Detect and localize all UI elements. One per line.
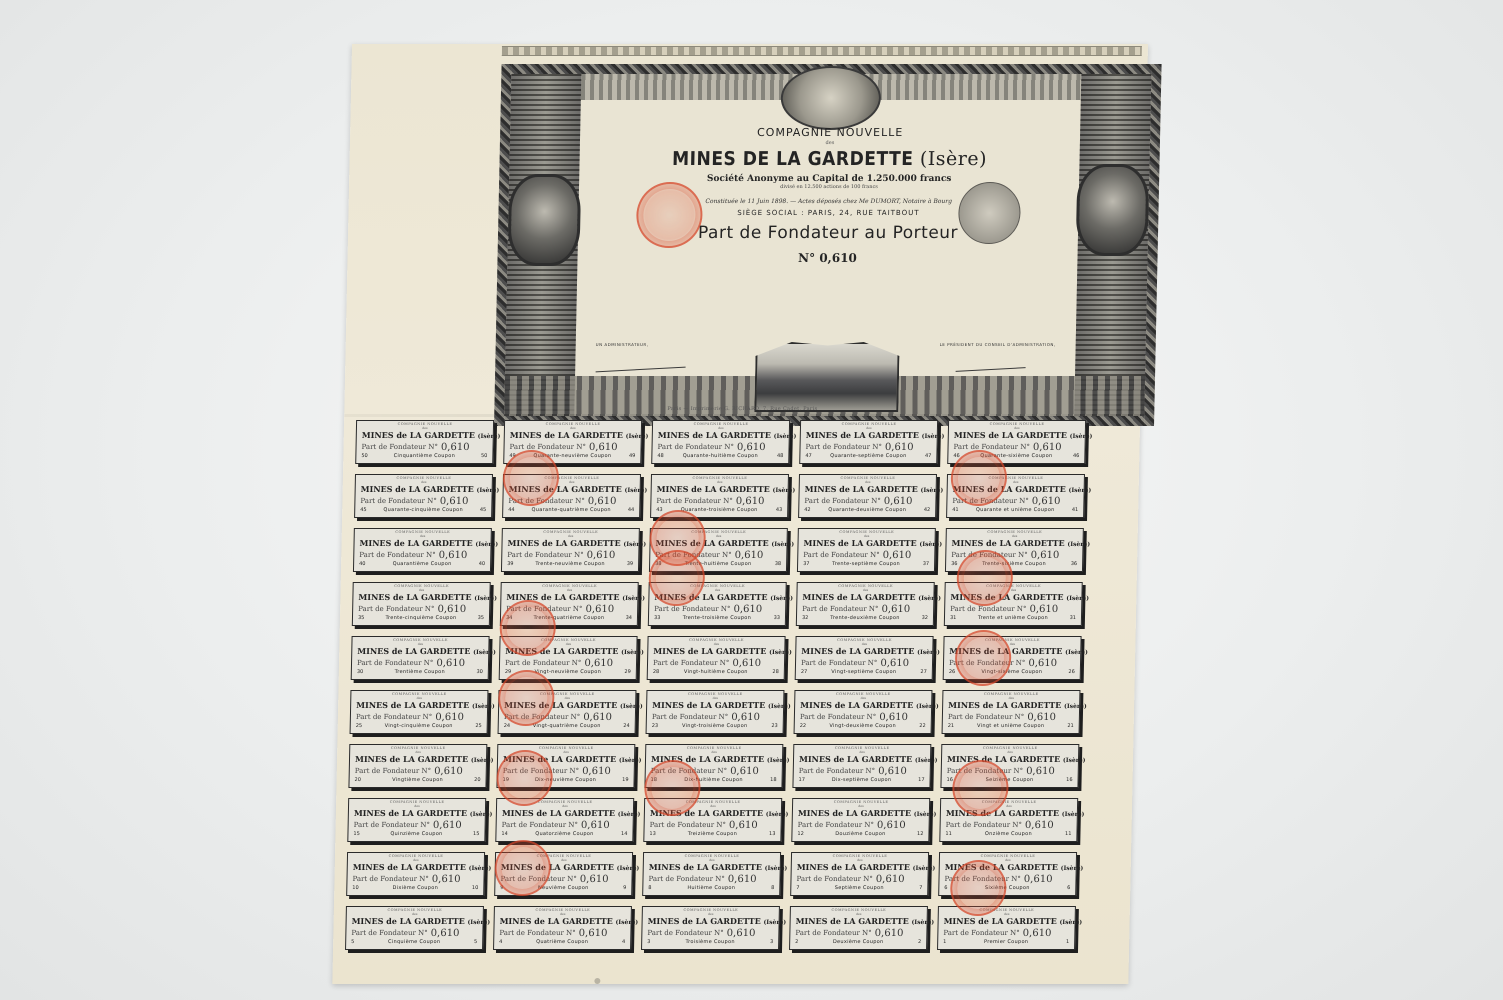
coupon-company-name: MINES de LA GARDETTE (Isère) [510, 430, 636, 442]
coupon-number-left: 2 [795, 939, 798, 946]
coupon-region: (Isère) [470, 811, 493, 818]
mining-vignette-left [507, 174, 581, 266]
coupon-part-line: Part de Fondateur N° 0,610 [354, 820, 480, 831]
coupon-part-line: Part de Fondateur N° 0,610 [648, 874, 774, 885]
coupon-share-number: 0,610 [587, 550, 616, 561]
company-prefix: COMPAGNIE NOUVELLE [590, 126, 1070, 139]
coupon-number-right: 10 [472, 885, 479, 892]
coupon-number-left: 31 [950, 615, 957, 622]
actions-line: divisé en 12.500 actions de 100 francs [589, 184, 1069, 190]
coupon-number-left: 47 [805, 453, 812, 460]
coupon-number-left: 42 [804, 507, 811, 514]
dividend-coupon[interactable]: COMPAGNIE NOUVELLE des MINES de LA GARDE… [353, 528, 492, 572]
coupon-number-left: 17 [798, 777, 805, 784]
coupon-footer: 35 Trente-cinquième Coupon 35 [358, 615, 484, 622]
coupon-company-name-text: MINES de LA GARDETTE [805, 484, 918, 494]
coupon-company-name-text: MINES de LA GARDETTE [796, 916, 909, 926]
coupon-company-name-text: MINES de LA GARDETTE [951, 538, 1064, 548]
dividend-coupon[interactable]: COMPAGNIE NOUVELLE des MINES de LA GARDE… [346, 852, 485, 896]
des-word: des [590, 140, 1070, 146]
coupon-number-right: 4 [622, 939, 625, 946]
coupon-share-number: 0,610 [584, 658, 613, 669]
coupon-part-line: Part de Fondateur N° 0,610 [507, 550, 633, 561]
coupon-region: (Isère) [769, 649, 792, 656]
coupon-number-right: 27 [920, 669, 927, 676]
coupon-share-number: 0,610 [732, 658, 761, 669]
coupon-company-name-text: MINES de LA GARDETTE [798, 808, 911, 818]
coupon-number-left: 6 [944, 885, 947, 892]
coupon-number-right: 14 [621, 831, 628, 838]
coupon-company-name-text: MINES de LA GARDETTE [507, 538, 620, 548]
coupon-share-number: 0,610 [439, 550, 468, 561]
coupon-number-right: 39 [627, 561, 634, 568]
coupon-part-line: Part de Fondateur N° 0,610 [657, 442, 783, 453]
coupon-number-right: 50 [481, 453, 488, 460]
coupon-footer: 2 Deuxième Coupon 2 [795, 939, 921, 946]
coupon-footer: 32 Trente-deuxième Coupon 32 [802, 615, 928, 622]
coupon-part-label: Part de Fondateur N° [359, 550, 436, 561]
coupon-part-label: Part de Fondateur N° [805, 442, 882, 453]
coupon-number-left: 36 [951, 561, 958, 568]
coupon-number-left: 3 [647, 939, 650, 946]
coupon-company-name: MINES de LA GARDETTE (Isère) [652, 700, 778, 712]
coupon-number-left: 24 [504, 723, 511, 730]
coupon-number-right: 23 [771, 723, 778, 730]
coupon-number-right: 30 [476, 669, 483, 676]
printer-imprint: Paris — Imprimerie G. RICHARD, 7, Rue Ca… [344, 406, 1140, 412]
coupon-part-line: Part de Fondateur N° 0,610 [799, 766, 925, 777]
dividend-coupon[interactable]: COMPAGNIE NOUVELLE des MINES de LA GARDE… [355, 420, 494, 464]
dividend-coupon[interactable]: COMPAGNIE NOUVELLE des MINES de LA GARDE… [345, 906, 484, 950]
coupon-company-name: MINES de LA GARDETTE (Isère) [802, 592, 928, 604]
coupon-company-name: MINES de LA GARDETTE (Isère) [657, 484, 783, 496]
coupon-part-label: Part de Fondateur N° [946, 820, 1023, 831]
coupon-number-right: 44 [628, 507, 635, 514]
coupon-share-number: 0,610 [727, 928, 756, 939]
coupon-company-name: MINES de LA GARDETTE (Isère) [507, 538, 633, 550]
dividend-coupon[interactable]: COMPAGNIE NOUVELLE des MINES de LA GARDE… [789, 906, 928, 950]
coupon-footer: 17 Dix-septième Coupon 17 [798, 777, 924, 784]
coupon-label: Vingtième Coupon [392, 777, 443, 784]
coupon-company-name: MINES de LA GARDETTE (Isère) [797, 862, 923, 874]
coupon-footer: 8 Huitième Coupon 8 [648, 885, 774, 892]
dividend-coupon[interactable]: COMPAGNIE NOUVELLE des MINES de LA GARDE… [799, 420, 938, 464]
coupon-part-label: Part de Fondateur N° [803, 550, 880, 561]
coupon-share-number: 0,610 [876, 874, 905, 885]
coupon-part-line: Part de Fondateur N° 0,610 [361, 442, 487, 453]
coupon-company-name-text: MINES de LA GARDETTE [652, 700, 765, 710]
coupon-footer: 23 Vingt-troisième Coupon 23 [652, 723, 778, 730]
coupon-share-number: 0,610 [434, 766, 463, 777]
coupon-footer: 1 Premier Coupon 1 [943, 939, 1069, 946]
coupon-company-name-text: MINES de LA GARDETTE [500, 916, 613, 926]
coupon-region: (Isère) [768, 703, 791, 710]
coupon-footer: 22 Vingt-deuxième Coupon 22 [800, 723, 926, 730]
coupon-part-label: Part de Fondateur N° [800, 712, 877, 723]
coupon-company-name: MINES de LA GARDETTE (Isère) [351, 916, 477, 928]
coupon-number-left: 48 [657, 453, 664, 460]
dividend-coupon[interactable]: COMPAGNIE NOUVELLE des MINES de LA GARDE… [354, 474, 493, 518]
coupon-company-name-text: MINES de LA GARDETTE [510, 430, 623, 440]
coupon-company-name-text: MINES de LA GARDETTE [800, 700, 913, 710]
coupon-company-name-text: MINES de LA GARDETTE [944, 916, 1057, 926]
coupon-company-name-text: MINES de LA GARDETTE [948, 700, 1061, 710]
dividend-coupon[interactable]: COMPAGNIE NOUVELLE des MINES de LA GARDE… [493, 906, 632, 950]
coupon-region: (Isère) [919, 541, 942, 548]
coupon-region: (Isère) [917, 649, 940, 656]
coupon-part-line: Part de Fondateur N° 0,610 [502, 820, 628, 831]
dividend-coupon[interactable]: COMPAGNIE NOUVELLE des MINES de LA GARDE… [647, 636, 786, 680]
coupon-part-line: Part de Fondateur N° 0,610 [357, 658, 483, 669]
coupon-region: (Isère) [772, 487, 795, 494]
coupon-number-right: 26 [1068, 669, 1075, 676]
coupon-footer: 47 Quarante-septième Coupon 47 [805, 453, 931, 460]
coupon-region: (Isère) [620, 703, 643, 710]
coupon-footer: 13 Treizième Coupon 13 [649, 831, 775, 838]
coupon-footer: 12 Douzième Coupon 12 [797, 831, 923, 838]
coupon-company-name: MINES de LA GARDETTE (Isère) [353, 862, 479, 874]
share-type-title: Part de Fondateur au Porteur [588, 223, 1068, 243]
coupon-number-right: 48 [777, 453, 784, 460]
coupon-footer: 5 Cinquième Coupon 5 [351, 939, 477, 946]
coupon-part-label: Part de Fondateur N° [361, 442, 438, 453]
coupon-label: Douzième Coupon [835, 831, 885, 838]
coupon-label: Quatorzième Coupon [535, 831, 594, 838]
coupon-share-number: 0,610 [588, 496, 617, 507]
coupon-company-name: MINES de LA GARDETTE (Isère) [658, 430, 784, 442]
coupon-footer: 28 Vingt-huitième Coupon 28 [653, 669, 779, 676]
coupon-footer: 39 Trente-neuvième Coupon 39 [507, 561, 633, 568]
coupon-label: Neuvième Coupon [538, 885, 589, 892]
coupon-part-label: Part de Fondateur N° [657, 442, 734, 453]
coupon-share-number: 0,610 [883, 550, 912, 561]
coupon-part-label: Part de Fondateur N° [507, 550, 584, 561]
mining-vignette-right [1076, 164, 1150, 256]
coupon-number-left: 20 [354, 777, 361, 784]
dividend-coupon[interactable]: COMPAGNIE NOUVELLE des MINES de LA GARDE… [351, 636, 490, 680]
company-name: MINES DE LA GARDETTE (Isère) [589, 148, 1069, 170]
coupon-region: (Isère) [467, 919, 490, 926]
coupon-part-label: Part de Fondateur N° [648, 874, 725, 885]
coupon-share-number: 0,610 [1028, 658, 1057, 669]
coupon-number-right: 7 [919, 885, 922, 892]
coupon-part-label: Part de Fondateur N° [502, 820, 579, 831]
coupon-region: (Isère) [618, 811, 641, 818]
coupon-label: Trente-cinquième Coupon [385, 615, 456, 622]
coupon-company-name: MINES de LA GARDETTE (Isère) [795, 916, 921, 928]
coupon-label: Troisième Coupon [685, 939, 734, 946]
coupon-footer: 30 Trentième Coupon 30 [357, 669, 483, 676]
coupon-company-name: MINES de LA GARDETTE (Isère) [943, 916, 1069, 928]
coupon-part-line: Part de Fondateur N° 0,610 [647, 928, 773, 939]
coupon-footer: 33 Trente-troisième Coupon 33 [654, 615, 780, 622]
coupon-share-number: 0,610 [733, 604, 762, 615]
registered-office: SIÈGE SOCIAL : PARIS, 24, RUE TAITBOUT [588, 209, 1068, 217]
signature-label-right: LE PRÉSIDENT DU CONSEIL D'ADMINISTRATION… [886, 342, 1056, 347]
coupon-share-number: 0,610 [441, 442, 470, 453]
coupon-region: (Isère) [619, 757, 642, 764]
coupon-footer: 20 Vingtième Coupon 20 [354, 777, 480, 784]
coupon-company-name-text: MINES de LA GARDETTE [657, 484, 770, 494]
coupon-company-name: MINES de LA GARDETTE (Isère) [649, 862, 775, 874]
ornate-frame: COMPAGNIE NOUVELLE des MINES DE LA GARDE… [494, 64, 1162, 426]
coupon-label: Trente et unième Coupon [978, 615, 1048, 622]
coupon-number-right: 16 [1066, 777, 1073, 784]
coupon-company-name-text: MINES de LA GARDETTE [803, 538, 916, 548]
signature-president: LE PRÉSIDENT DU CONSEIL D'ADMINISTRATION… [885, 342, 1056, 370]
coupon-part-label: Part de Fondateur N° [354, 820, 431, 831]
dividend-coupon[interactable]: COMPAGNIE NOUVELLE des MINES de LA GARDE… [797, 528, 936, 572]
coupon-number-left: 41 [952, 507, 959, 514]
coupon-number-left: 44 [508, 507, 515, 514]
coupon-part-label: Part de Fondateur N° [804, 496, 881, 507]
coupon-number-right: 1 [1066, 939, 1069, 946]
coupon-part-label: Part de Fondateur N° [499, 928, 576, 939]
coupon-part-label: Part de Fondateur N° [798, 820, 875, 831]
coupon-region: (Isère) [1068, 487, 1091, 494]
dividend-coupon[interactable]: COMPAGNIE NOUVELLE des MINES de LA GARDE… [795, 636, 934, 680]
coupon-footer: 44 Quarante-quatrième Coupon 44 [508, 507, 634, 514]
coupon-part-label: Part de Fondateur N° [948, 712, 1025, 723]
coupon-part-label: Part de Fondateur N° [352, 874, 429, 885]
dividend-coupon[interactable]: COMPAGNIE NOUVELLE des MINES de LA GARDE… [501, 528, 640, 572]
coupon-part-line: Part de Fondateur N° 0,610 [950, 604, 1076, 615]
coupon-part-line: Part de Fondateur N° 0,610 [358, 604, 484, 615]
coupon-company-name: MINES de LA GARDETTE (Isère) [502, 808, 628, 820]
dividend-coupon[interactable]: COMPAGNIE NOUVELLE des MINES de LA GARDE… [798, 474, 937, 518]
dividend-coupon[interactable]: COMPAGNIE NOUVELLE des MINES de LA GARDE… [350, 690, 489, 734]
coupon-region: (Isère) [615, 919, 638, 926]
coupon-label: Quarantième Coupon [393, 561, 452, 568]
coupon-region: (Isère) [1064, 703, 1087, 710]
coupon-footer: 4 Quatrième Coupon 4 [499, 939, 625, 946]
coupon-number-right: 38 [775, 561, 782, 568]
dividend-coupon[interactable]: COMPAGNIE NOUVELLE des MINES de LA GARDE… [792, 744, 931, 788]
dividend-coupon[interactable]: COMPAGNIE NOUVELLE des MINES de LA GARDE… [348, 744, 487, 788]
coupon-number-right: 15 [473, 831, 480, 838]
coupon-region: (Isère) [770, 595, 793, 602]
coupon-company-name-text: MINES de LA GARDETTE [801, 646, 914, 656]
coupon-part-line: Part de Fondateur N° 0,610 [650, 820, 776, 831]
coupon-share-number: 0,610 [735, 550, 764, 561]
dividend-coupon[interactable]: COMPAGNIE NOUVELLE des MINES de LA GARDE… [352, 582, 491, 626]
coupon-company-name: MINES de LA GARDETTE (Isère) [799, 754, 925, 766]
coupon-number-left: 13 [649, 831, 656, 838]
coupon-number-left: 39 [507, 561, 514, 568]
coupon-footer: 50 Cinquantième Coupon 50 [361, 453, 487, 460]
coupon-part-line: Part de Fondateur N° 0,610 [351, 928, 477, 939]
coupon-part-line: Part de Fondateur N° 0,610 [802, 604, 928, 615]
coupon-share-number: 0,610 [579, 928, 608, 939]
coupon-number-left: 11 [945, 831, 952, 838]
coupon-number-right: 31 [1070, 615, 1077, 622]
dividend-coupon[interactable]: COMPAGNIE NOUVELLE des MINES de LA GARDE… [651, 420, 790, 464]
coupon-part-line: Part de Fondateur N° 0,610 [352, 874, 478, 885]
coupon-company-name-text: MINES de LA GARDETTE [799, 754, 912, 764]
constitution-line: Constituée le 11 Juin 1898. — Actes dépo… [589, 198, 1069, 205]
coupon-share-number: 0,610 [736, 496, 765, 507]
coupon-company-name: MINES de LA GARDETTE (Isère) [948, 700, 1074, 712]
dividend-coupon[interactable]: COMPAGNIE NOUVELLE des MINES de LA GARDE… [790, 852, 929, 896]
coupon-label: Trente-troisième Coupon [683, 615, 751, 622]
coupon-share-number: 0,610 [1032, 496, 1061, 507]
coupon-part-line: Part de Fondateur N° 0,610 [946, 820, 1072, 831]
coupon-label: Vingt-neuvième Coupon [534, 669, 601, 676]
coupon-company-name: MINES de LA GARDETTE (Isère) [800, 700, 926, 712]
coupon-part-label: Part de Fondateur N° [943, 928, 1020, 939]
coupon-region: (Isère) [626, 433, 649, 440]
dividend-coupon[interactable]: COMPAGNIE NOUVELLE des MINES de LA GARDE… [642, 852, 781, 896]
coupon-footer: 25 Vingt-cinquième Coupon 25 [356, 723, 482, 730]
coupon-part-line: Part de Fondateur N° 0,610 [360, 496, 486, 507]
coupon-label: Cinquième Coupon [388, 939, 440, 946]
coupon-company-name-text: MINES de LA GARDETTE [802, 592, 915, 602]
coupon-label: Huitième Coupon [687, 885, 735, 892]
coupon-footer: 14 Quatorzième Coupon 14 [501, 831, 627, 838]
coupon-label: Septième Coupon [835, 885, 884, 892]
coupon-label: Vingt-troisième Coupon [682, 723, 748, 730]
coupon-part-line: Part de Fondateur N° 0,610 [796, 874, 922, 885]
coupon-share-number: 0,610 [880, 658, 909, 669]
coupon-label: Quarante et unième Coupon [976, 507, 1055, 514]
coupon-part-line: Part de Fondateur N° 0,610 [356, 712, 482, 723]
coupon-share-number: 0,610 [431, 928, 460, 939]
dividend-coupon[interactable]: COMPAGNIE NOUVELLE des MINES de LA GARDE… [796, 582, 935, 626]
coupon-region: (Isère) [1067, 541, 1090, 548]
coupon-share-number: 0,610 [879, 712, 908, 723]
coupon-part-label: Part de Fondateur N° [953, 442, 1030, 453]
coupon-region: (Isère) [1066, 595, 1089, 602]
coupon-part-label: Part de Fondateur N° [355, 766, 432, 777]
coupon-number-right: 33 [774, 615, 781, 622]
certificate-number: N° 0,610 [587, 251, 1067, 265]
coupon-label: Vingt et unième Coupon [977, 723, 1044, 730]
coupon-region: (Isère) [471, 757, 494, 764]
coupon-number-right: 28 [772, 669, 779, 676]
coupon-company-name: MINES de LA GARDETTE (Isère) [356, 700, 482, 712]
coupon-region: (Isère) [617, 865, 640, 872]
coupon-number-right: 47 [925, 453, 932, 460]
coupon-part-label: Part de Fondateur N° [656, 496, 733, 507]
coupon-number-left: 43 [656, 507, 663, 514]
coupon-part-label: Part de Fondateur N° [796, 874, 873, 885]
coupon-share-number: 0,610 [1027, 712, 1056, 723]
coupon-region: (Isère) [476, 487, 499, 494]
coupon-company-name: MINES de LA GARDETTE (Isère) [805, 484, 931, 496]
coupon-label: Quarante-huitième Coupon [683, 453, 758, 460]
coupon-part-line: Part de Fondateur N° 0,610 [948, 712, 1074, 723]
coupon-share-number: 0,610 [731, 712, 760, 723]
coupon-region: (Isère) [1065, 649, 1088, 656]
coupon-company-name-text: MINES de LA GARDETTE [354, 808, 467, 818]
coupon-number-right: 3 [770, 939, 773, 946]
coupon-number-right: 19 [622, 777, 629, 784]
coupon-region: (Isère) [915, 757, 938, 764]
dividend-coupon[interactable]: COMPAGNIE NOUVELLE des MINES de LA GARDE… [942, 690, 1081, 734]
coupon-part-line: Part de Fondateur N° 0,610 [801, 658, 927, 669]
coupon-number-left: 26 [949, 669, 956, 676]
coupon-share-number: 0,610 [1029, 604, 1058, 615]
coupon-label: Trente-neuvième Coupon [535, 561, 605, 568]
coupon-share-number: 0,610 [436, 658, 465, 669]
coupon-part-line: Part de Fondateur N° 0,610 [499, 928, 625, 939]
dividend-coupon[interactable]: COMPAGNIE NOUVELLE des MINES de LA GARDE… [646, 690, 785, 734]
coupon-footer: 48 Quarante-huitième Coupon 48 [657, 453, 783, 460]
dividend-coupon[interactable]: COMPAGNIE NOUVELLE des MINES de LA GARDE… [347, 798, 486, 842]
coupon-region: (Isère) [916, 703, 939, 710]
coupon-company-name: MINES de LA GARDETTE (Isère) [954, 430, 1080, 442]
dividend-coupon[interactable]: COMPAGNIE NOUVELLE des MINES de LA GARDE… [791, 798, 930, 842]
coupon-number-left: 8 [648, 885, 651, 892]
coupon-company-name: MINES de LA GARDETTE (Isère) [499, 916, 625, 928]
coupon-share-number: 0,610 [877, 820, 906, 831]
coupon-number-right: 43 [776, 507, 783, 514]
coupon-region: (Isère) [478, 433, 501, 440]
coupon-company-name-text: MINES de LA GARDETTE [356, 700, 469, 710]
coupon-number-right: 24 [623, 723, 630, 730]
coupon-share-number: 0,610 [1023, 928, 1052, 939]
coupon-number-left: 14 [501, 831, 508, 838]
coupon-label: Vingt-huitième Coupon [684, 669, 748, 676]
coupon-number-right: 35 [478, 615, 485, 622]
coupon-number-right: 2 [918, 939, 921, 946]
coupon-number-right: 49 [629, 453, 636, 460]
dividend-coupon[interactable]: COMPAGNIE NOUVELLE des MINES de LA GARDE… [641, 906, 780, 950]
coupon-part-label: Part de Fondateur N° [357, 658, 434, 669]
coupon-company-name: MINES de LA GARDETTE (Isère) [803, 538, 929, 550]
coupon-number-left: 12 [797, 831, 804, 838]
coupon-part-label: Part de Fondateur N° [351, 928, 428, 939]
coupon-label: Dixième Coupon [392, 885, 438, 892]
coupon-company-name-text: MINES de LA GARDETTE [352, 916, 465, 926]
dividend-coupon[interactable]: COMPAGNIE NOUVELLE des MINES de LA GARDE… [794, 690, 933, 734]
coupon-part-label: Part de Fondateur N° [650, 820, 727, 831]
coupon-label: Vingt-deuxième Coupon [829, 723, 896, 730]
coupon-region: (Isère) [911, 919, 934, 926]
coupon-share-number: 0,610 [737, 442, 766, 453]
dividend-coupon[interactable]: COMPAGNIE NOUVELLE des MINES de LA GARDE… [937, 906, 1076, 950]
coupon-part-line: Part de Fondateur N° 0,610 [652, 712, 778, 723]
coupon-part-label: Part de Fondateur N° [653, 658, 730, 669]
coupon-number-right: 37 [923, 561, 930, 568]
coupon-part-label: Part de Fondateur N° [505, 658, 582, 669]
coupon-label: Quarante-septième Coupon [830, 453, 907, 460]
coupon-region: (Isère) [1063, 757, 1086, 764]
coupon-number-left: 22 [800, 723, 807, 730]
coupon-footer: 41 Quarante et unième Coupon 41 [952, 507, 1078, 514]
coupon-part-line: Part de Fondateur N° 0,610 [653, 658, 779, 669]
coupon-company-name: MINES de LA GARDETTE (Isère) [358, 592, 484, 604]
coupon-share-number: 0,610 [1033, 442, 1062, 453]
coupon-number-right: 21 [1067, 723, 1074, 730]
coupon-part-line: Part de Fondateur N° 0,610 [505, 658, 631, 669]
coupon-company-name: MINES de LA GARDETTE (Isère) [357, 646, 483, 658]
coupon-company-name-text: MINES de LA GARDETTE [648, 916, 761, 926]
signature-row: UN ADMINISTRATEUR, LE PRÉSIDENT DU CONSE… [595, 342, 1056, 370]
coupon-footer: 45 Quarante-cinquième Coupon 45 [360, 507, 486, 514]
share-certificate: COMPAGNIE NOUVELLE des MINES DE LA GARDE… [332, 44, 1148, 984]
coupon-number-right: 29 [624, 669, 631, 676]
coupon-region: (Isère) [624, 487, 647, 494]
coupon-company-name: MINES de LA GARDETTE (Isère) [361, 484, 487, 496]
coupon-number-left: 35 [358, 615, 365, 622]
coupon-number-left: 45 [360, 507, 367, 514]
coupon-share-number: 0,610 [589, 442, 618, 453]
coupon-part-line: Part de Fondateur N° 0,610 [943, 928, 1069, 939]
coupon-label: Quarante-deuxième Coupon [828, 507, 906, 514]
coupon-label: Quatrième Coupon [536, 939, 588, 946]
coupon-number-right: 17 [918, 777, 925, 784]
